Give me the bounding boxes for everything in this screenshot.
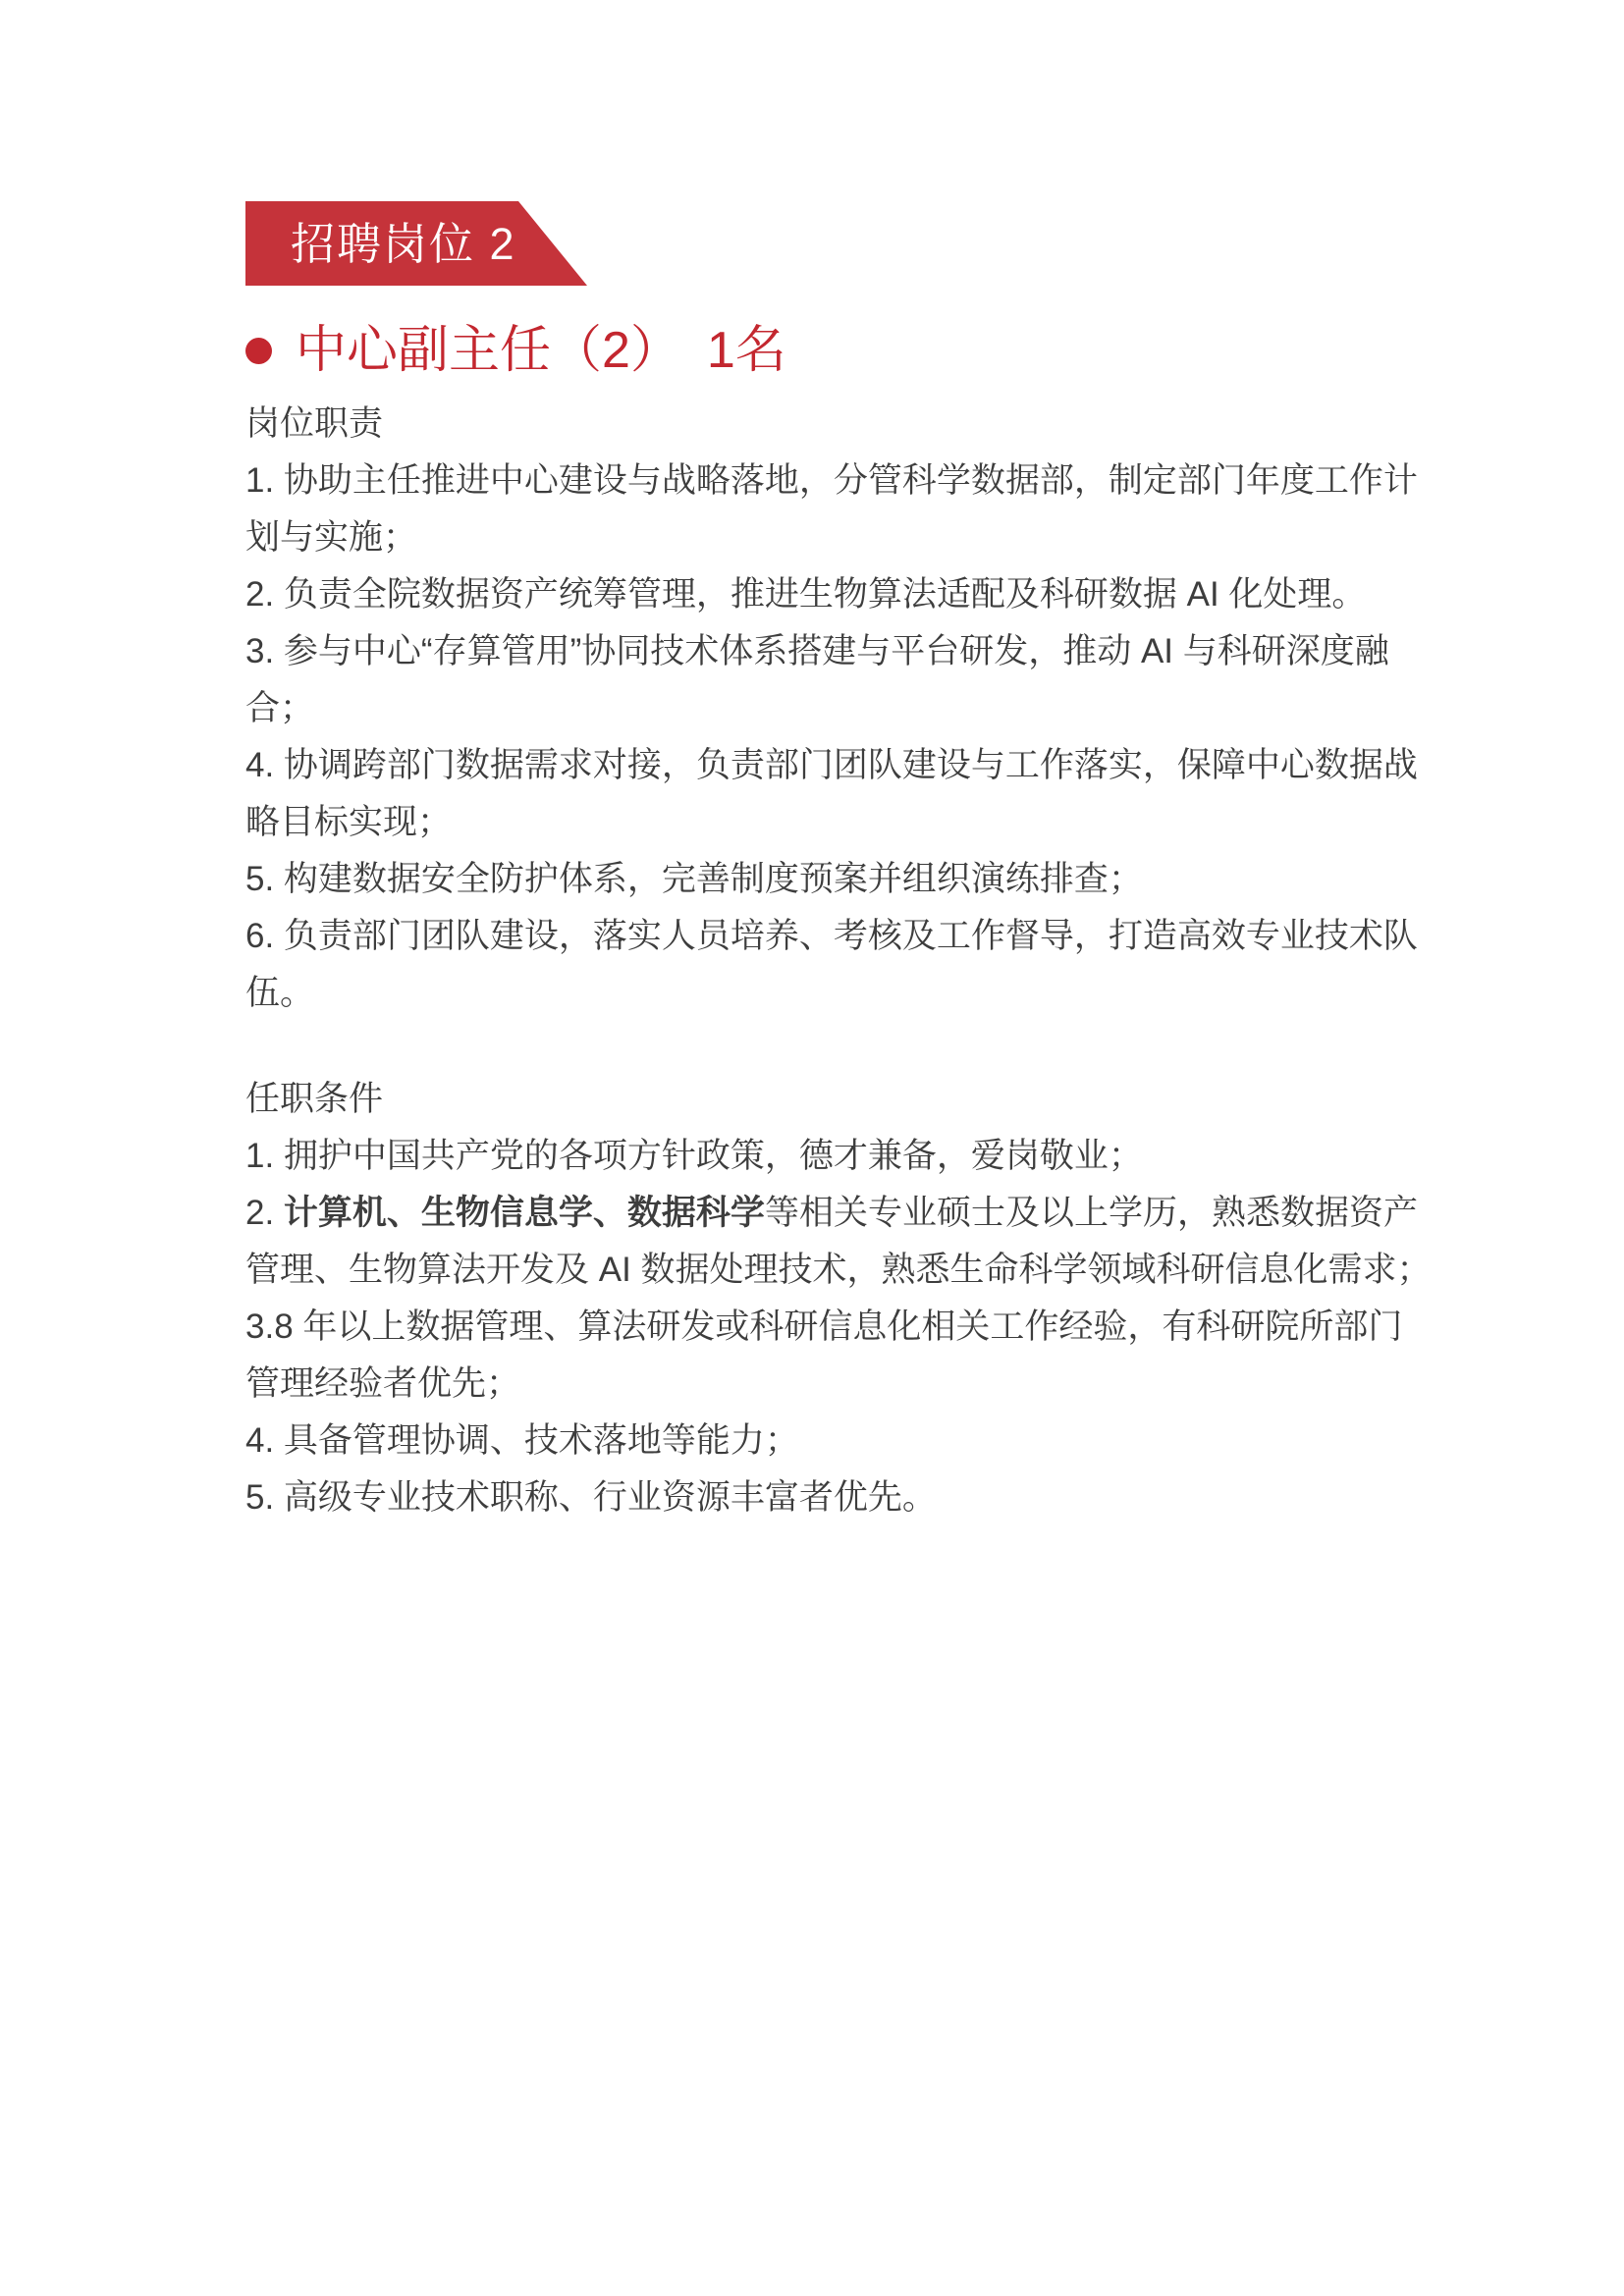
responsibility-item-1: 1. 协助主任推进中心建设与战略落地，分管科学数据部，制定部门年度工作计划与实施… [245,453,1434,566]
responsibilities-title: 岗位职责 [245,396,1434,453]
content-column: 招聘岗位 2 中心副主任（2） 1名 岗位职责 1. 协助主任推进中心建设与战略… [245,201,1434,1526]
responsibility-item-4: 4. 协调跨部门数据需求对接，负责部门团队建设与工作落实，保障中心数据战略目标实… [245,737,1434,851]
requirement-item-2: 2. 计算机、生物信息学、数据科学等相关专业硕士及以上学历，熟悉数据资产管理、生… [245,1185,1434,1299]
requirement-item-1: 1. 拥护中国共产党的各项方针政策，德才兼备，爱岗敬业； [245,1128,1434,1185]
responsibility-item-3: 3. 参与中心“存算管用”协同技术体系搭建与平台研发，推动 AI 与科研深度融合… [245,623,1434,737]
requirements-title: 任职条件 [245,1071,1434,1128]
banner-label: 招聘岗位 2 [245,222,516,266]
requirement-item-3: 3.8 年以上数据管理、算法研发或科研信息化相关工作经验，有科研院所部门管理经验… [245,1299,1434,1413]
requirement-item-2-majors: 计算机、生物信息学、数据科学 [284,1194,765,1232]
bullet-icon [245,338,272,364]
requirement-item-4: 4. 具备管理协调、技术落地等能力； [245,1413,1434,1469]
section-requirements: 任职条件 1. 拥护中国共产党的各项方针政策，德才兼备，爱岗敬业； 2. 计算机… [245,1071,1434,1526]
requirement-item-5: 5. 高级专业技术职称、行业资源丰富者优先。 [245,1469,1434,1526]
responsibility-item-2: 2. 负责全院数据资产统筹管理，推进生物算法适配及科研数据 AI 化处理。 [245,566,1434,623]
ribbon-banner: 招聘岗位 2 [245,201,587,286]
recruitment-page: 招聘岗位 2 中心副主任（2） 1名 岗位职责 1. 协助主任推进中心建设与战略… [0,0,1624,2296]
job-title: 中心副主任（2） 1名 [296,325,786,376]
section-responsibilities: 岗位职责 1. 协助主任推进中心建设与战略落地，分管科学数据部，制定部门年度工作… [245,396,1434,1022]
responsibility-item-5: 5. 构建数据安全防护体系，完善制度预案并组织演练排查； [245,851,1434,908]
requirement-item-2-number: 2. [245,1194,284,1232]
job-heading: 中心副主任（2） 1名 [245,313,1434,388]
responsibility-item-6: 6. 负责部门团队建设，落实人员培养、考核及工作督导，打造高效专业技术队伍。 [245,908,1434,1022]
